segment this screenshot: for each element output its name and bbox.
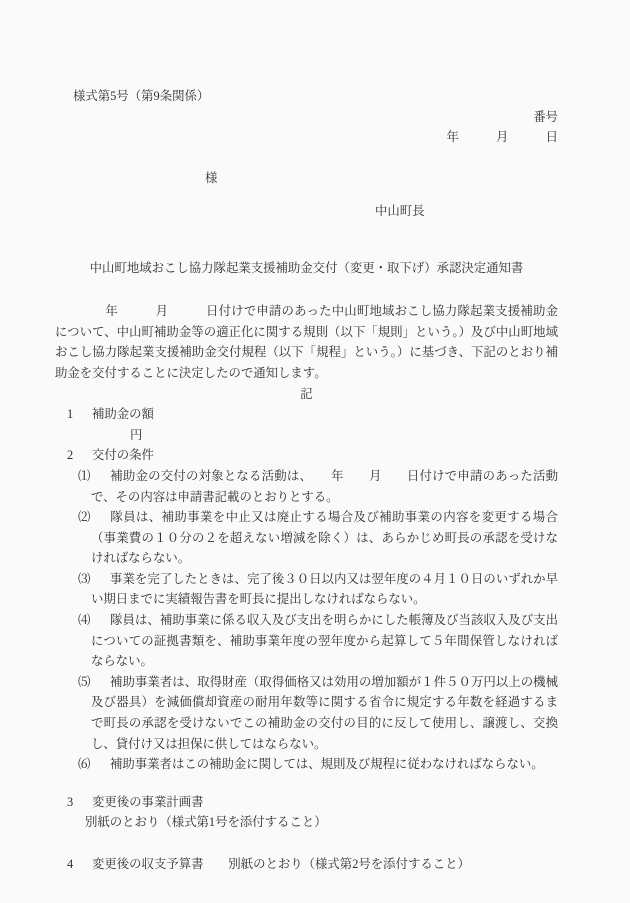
condition-item-1-text: 補助金の交付の対象となる活動は、 年 月 日付けで申請のあった活動で、その内容は… xyxy=(91,469,558,504)
condition-item-4-text: 隊員は、補助事業に係る収入及び支出を明らかにした帳簿及び当該収入及び支出について… xyxy=(91,613,558,668)
condition-item-6-text: 補助事業者はこの補助金に関しては、規則及び規程に従わなければならない。 xyxy=(110,757,544,771)
opening-paragraph: 年 月 日付けで申請のあった中山町地域おこし協力隊起業支援補助金について、中山町… xyxy=(55,301,558,383)
condition-item-2: ⑵隊員は、補助事業を中止又は廃止する場合及び補助事業の内容を変更する場合（事業費… xyxy=(55,507,558,569)
section-2-heading: 2交付の条件 xyxy=(55,445,558,466)
record-marker: 記 xyxy=(55,384,558,405)
document-number-label: 番号 xyxy=(55,107,558,128)
condition-item-6: ⑹補助事業者はこの補助金に関しては、規則及び規程に従わなければならない。 xyxy=(55,754,558,775)
condition-item-4: ⑷隊員は、補助事業に係る収入及び支出を明らかにした帳簿及び当該収入及び支出につい… xyxy=(55,610,558,672)
condition-item-4-marker: ⑷ xyxy=(78,610,110,631)
condition-item-3: ⑶事業を完了したときは、完了後３０日以内又は翌年度の４月１０日のいずれか早い期日… xyxy=(55,569,558,610)
section-1-heading: 1補助金の額 xyxy=(55,404,558,425)
condition-item-5-text: 補助事業者は、取得財産（取得価格又は効用の増加額が１件５０万円以上の機械及び器具… xyxy=(91,675,558,751)
section-3-attachment-note: 別紙のとおり（様式第1号を添付すること） xyxy=(55,812,558,833)
condition-item-6-marker: ⑹ xyxy=(78,754,110,775)
section-4-title: 変更後の収支予算書 別紙のとおり（様式第2号を添付すること） xyxy=(92,857,470,871)
condition-item-5: ⑸補助事業者は、取得財産（取得価格又は効用の増加額が１件５０万円以上の機械及び器… xyxy=(55,672,558,754)
section-3-title: 変更後の事業計画書 xyxy=(92,795,204,809)
condition-item-3-marker: ⑶ xyxy=(78,569,110,590)
section-1-title: 補助金の額 xyxy=(92,407,154,421)
condition-item-2-text: 隊員は、補助事業を中止又は廃止する場合及び補助事業の内容を変更する場合（事業費の… xyxy=(91,510,558,565)
notification-document: 様式第5号（第9条関係） 番号 年 月 日 様 中山町長 中山町地域おこし協力隊… xyxy=(0,0,630,903)
section-3-number: 3 xyxy=(67,792,92,813)
section-2-number: 2 xyxy=(67,445,92,466)
form-number-line: 様式第5号（第9条関係） xyxy=(55,86,558,107)
condition-item-1-marker: ⑴ xyxy=(78,466,110,487)
date-line: 年 月 日 xyxy=(55,127,558,148)
condition-item-5-marker: ⑸ xyxy=(78,672,110,693)
document-title: 中山町地域おこし協力隊起業支援補助金交付（変更・取下げ）承認決定通知書 xyxy=(55,258,558,279)
section-1-number: 1 xyxy=(67,404,92,425)
section-4-heading: 4変更後の収支予算書 別紙のとおり（様式第2号を添付すること） xyxy=(55,854,558,875)
condition-item-2-marker: ⑵ xyxy=(78,507,110,528)
addressee-suffix: 様 xyxy=(205,171,217,185)
section-3-heading: 3変更後の事業計画書 xyxy=(55,792,558,813)
subsidy-amount-value: 円 xyxy=(55,425,558,446)
condition-item-3-text: 事業を完了したときは、完了後３０日以内又は翌年度の４月１０日のいずれか早い期日ま… xyxy=(91,572,558,607)
section-4-number: 4 xyxy=(67,854,92,875)
addressee-line: 様 xyxy=(55,168,558,189)
sender-line: 中山町長 xyxy=(55,201,558,222)
section-2-title: 交付の条件 xyxy=(92,448,154,462)
condition-item-1: ⑴補助金の交付の対象となる活動は、 年 月 日付けで申請のあった活動で、その内容… xyxy=(55,466,558,507)
